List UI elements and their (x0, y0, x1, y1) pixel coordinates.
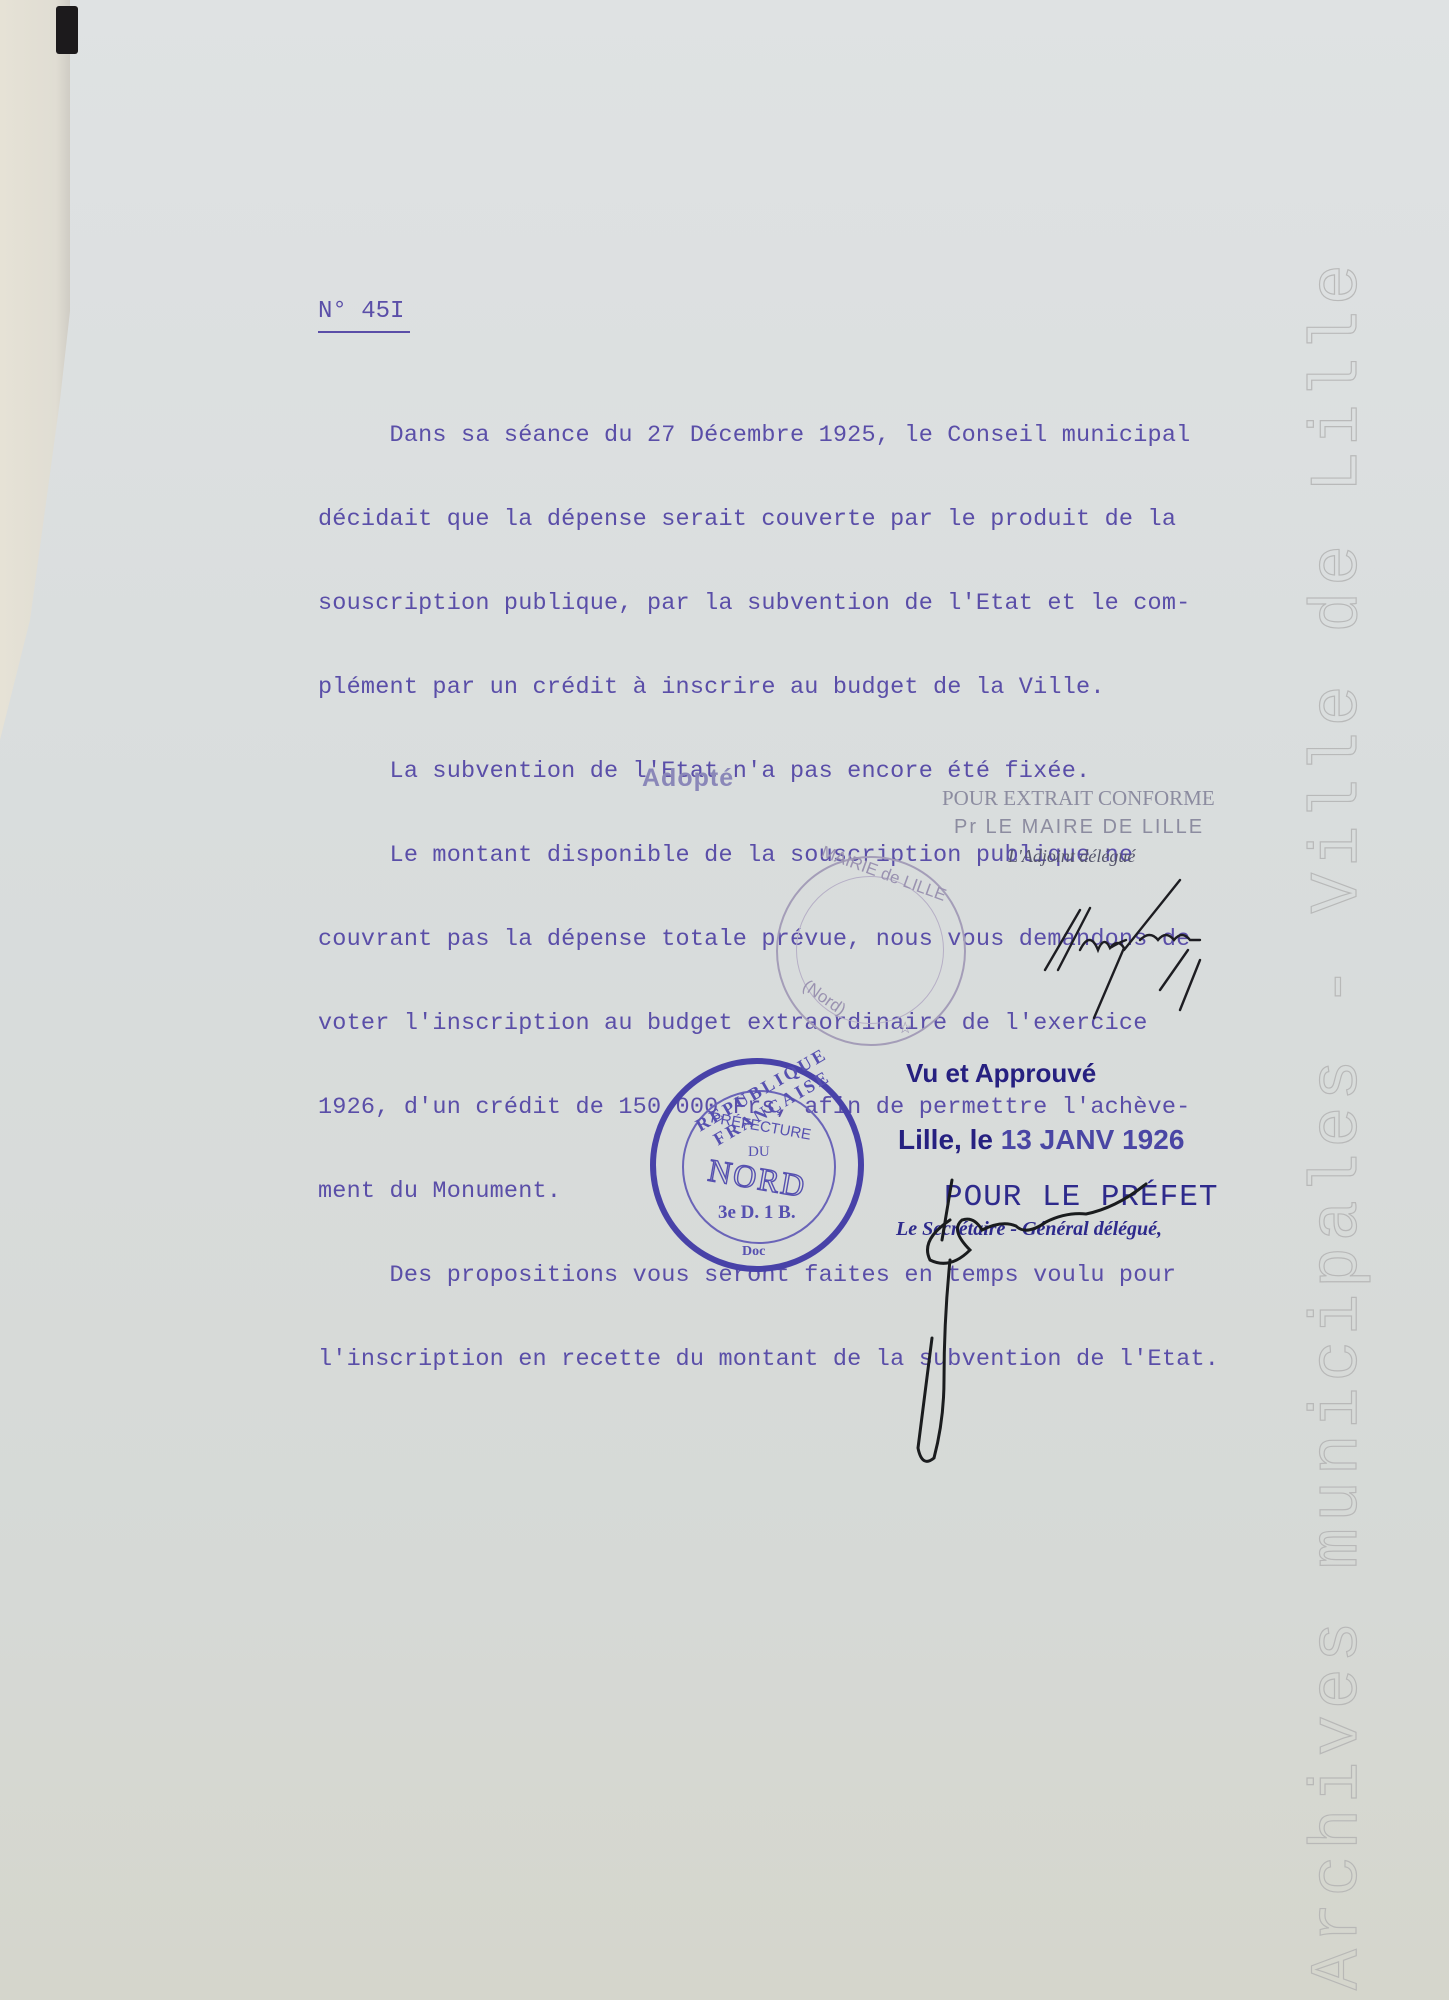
body-line: décidait que la dépense serait couverte … (318, 506, 1219, 534)
approval-date-line: Lille, le 13 JANV 1926 (898, 1124, 1184, 1156)
margin-watermark: Archives municipales - Ville de Lille (1300, 258, 1377, 1990)
mayor-signature (1040, 890, 1240, 1020)
deputy-delegate-label: L'Adjoint délégué (1008, 846, 1135, 867)
place-date-prefix: Lille, le (898, 1124, 993, 1155)
star-icon: ☆ (898, 1018, 912, 1038)
mayor-of-lille-stamp: Pr LE MAIRE DE LILLE (954, 816, 1204, 839)
adopted-stamp: Adopté (642, 764, 734, 793)
seen-approved-stamp: Vu et Approuvé (906, 1058, 1096, 1089)
seal-bottom-text: Doc (742, 1244, 765, 1260)
extract-conforme-stamp: POUR EXTRAIT CONFORME (942, 786, 1215, 811)
seal-division-text: 3e D. 1 B. (718, 1202, 796, 1224)
binder-clip (56, 6, 78, 54)
document-page: Archives municipales - Ville de Lille N°… (0, 0, 1449, 2000)
body-line: La subvention de l'Etat n'a pas encore é… (318, 758, 1219, 786)
approval-date: 13 JANV 1926 (1001, 1124, 1185, 1155)
mairie-de-lille-seal: MAIRIE de LILLE (Nord) ☆ (776, 856, 966, 1046)
prefecture-du-nord-seal: REPUBLIQUE FRANÇAISE PRÉFECTURE DU NORD … (650, 1058, 864, 1272)
document-number: N° 45I (318, 298, 410, 333)
secretary-signature (900, 1180, 1230, 1470)
body-line: souscription publique, par la subvention… (318, 590, 1219, 618)
body-line: plément par un crédit à inscrire au budg… (318, 674, 1219, 702)
underlying-page-edge (0, 0, 70, 740)
body-line: Dans sa séance du 27 Décembre 1925, le C… (318, 422, 1219, 450)
